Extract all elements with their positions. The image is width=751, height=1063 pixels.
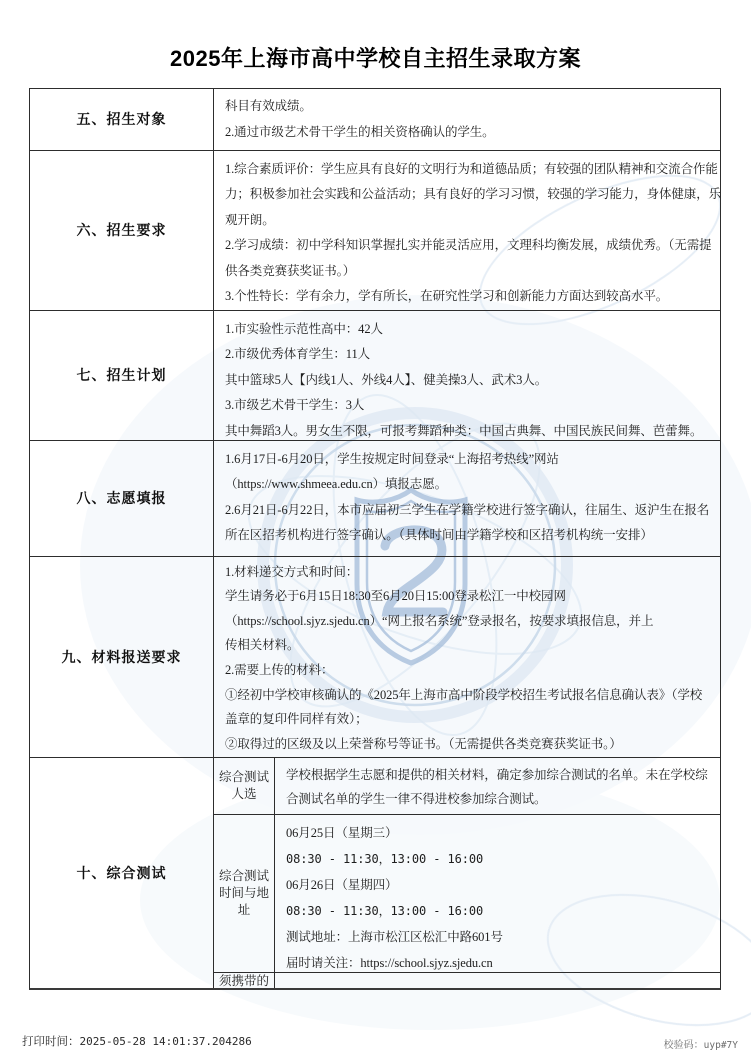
- content-line: 2.通过市级艺术骨干学生的相关资格确认的学生。: [225, 120, 720, 146]
- table-row-admission-targets: 五、招生对象 科目有效成绩。 2.通过市级艺术骨干学生的相关资格确认的学生。: [30, 89, 720, 151]
- content-line: ①经初中学校审核确认的《2025年上海市高中阶段学校招生考试报名信息确认表》（学…: [225, 683, 720, 708]
- content-line: （https://www.shmeea.edu.cn）填报志愿。: [225, 472, 720, 498]
- content-line: 力；积极参加社会实践和公益活动；具有良好的学习习惯，较强的学习能力，身体健康，乐: [225, 182, 720, 208]
- content-line: 06月26日（星期四）: [286, 872, 720, 898]
- table-row-material-submission: 九、材料报送要求 1.材料递交方式和时间： 学生请务必于6月15日18:30至6…: [30, 557, 720, 758]
- content-line: 08:30 - 11:30，13:00 - 16:00: [286, 846, 720, 872]
- content-line: 3.市级艺术骨干学生：3人: [225, 393, 720, 419]
- content-line: 1.市实验性示范性高中：42人: [225, 317, 720, 343]
- subrow-items-to-bring: 须携带的: [214, 973, 720, 988]
- content-line: 08:30 - 11:30，13:00 - 16:00: [286, 898, 720, 924]
- content-line: 学校根据学生志愿和提供的相关材料，确定参加综合测试的名单。未在学校综: [286, 763, 720, 787]
- row-content: 1.市实验性示范性高中：42人 2.市级优秀体育学生：11人 其中篮球5人【内线…: [214, 311, 720, 440]
- page-title: 2025年上海市高中学校自主招生录取方案: [0, 42, 751, 73]
- content-line: 测试地址：上海市松江区松汇中路601号: [286, 924, 720, 950]
- table-row-admission-requirements: 六、招生要求 1.综合素质评价：学生应具有良好的文明行为和道德品质；有较强的团队…: [30, 151, 720, 311]
- content-line: 盖章的复印件同样有效）；: [225, 707, 720, 732]
- content-line: 观开朗。: [225, 208, 720, 234]
- content-line: 3.个性特长：学有余力，学有所长，在研究性学习和创新能力方面达到较高水平。: [225, 284, 720, 310]
- comprehensive-test-subtable: 综合测试人选 学校根据学生志愿和提供的相关材料，确定参加综合测试的名单。未在学校…: [214, 758, 720, 988]
- content-line: 2.需要上传的材料：: [225, 658, 720, 683]
- subrow-label: 综合测试人选: [214, 758, 275, 814]
- content-line: 06月25日（星期三）: [286, 820, 720, 846]
- page-footer: 打印时间：2025-05-28 14:01:37.204286 校验码：uyp#…: [0, 1033, 751, 1053]
- row-label: 十、综合测试: [30, 758, 214, 988]
- checksum-label: 校验码：: [664, 1040, 704, 1051]
- row-label: 九、材料报送要求: [30, 557, 214, 757]
- content-line: 2.学习成绩：初中学科知识掌握扎实并能灵活应用，文理科均衡发展，成绩优秀。（无需…: [225, 233, 720, 259]
- content-line: 所在区招考机构进行签字确认。（具体时间由学籍学校和区招考机构统一安排）: [225, 523, 720, 549]
- table-row-admission-plan: 七、招生计划 1.市实验性示范性高中：42人 2.市级优秀体育学生：11人 其中…: [30, 311, 720, 441]
- print-time-label: 打印时间：: [22, 1036, 80, 1048]
- content-line: 1.材料递交方式和时间：: [225, 560, 720, 585]
- row-label: 七、招生计划: [30, 311, 214, 440]
- content-line: 合测试名单的学生一律不得进校参加综合测试。: [286, 787, 720, 811]
- content-line: 2.6月21日-6月22日，本市应届初三学生在学籍学校进行签字确认，往届生、返沪…: [225, 498, 720, 524]
- print-time-value: 2025-05-28 14:01:37.204286: [80, 1035, 252, 1048]
- content-line: 供各类竞赛获奖证书。）: [225, 259, 720, 285]
- content-line: 其中舞蹈3人。男女生不限，可报考舞蹈种类：中国古典舞、中国民族民间舞、芭蕾舞。: [225, 419, 720, 440]
- content-line: 1.综合素质评价：学生应具有良好的文明行为和道德品质；有较强的团队精神和交流合作…: [225, 157, 720, 183]
- subrow-content: [275, 973, 720, 988]
- row-content: 1.6月17日-6月20日，学生按规定时间登录“上海招考热线”网站 （https…: [214, 441, 720, 556]
- row-label: 八、志愿填报: [30, 441, 214, 556]
- checksum-value: uyp#7Y: [704, 1040, 738, 1051]
- content-line: 1.6月17日-6月20日，学生按规定时间登录“上海招考热线”网站: [225, 447, 720, 473]
- subrow-label: 须携带的: [214, 973, 275, 988]
- content-line: 传相关材料。: [225, 633, 720, 658]
- subrow-test-candidates: 综合测试人选 学校根据学生志愿和提供的相关材料，确定参加综合测试的名单。未在学校…: [214, 758, 720, 815]
- subrow-content: 学校根据学生志愿和提供的相关材料，确定参加综合测试的名单。未在学校综 合测试名单…: [275, 758, 720, 814]
- content-line: 2.市级优秀体育学生：11人: [225, 342, 720, 368]
- table-row-comprehensive-test: 十、综合测试 综合测试人选 学校根据学生志愿和提供的相关材料，确定参加综合测试的…: [30, 758, 720, 988]
- content-line: 学生请务必于6月15日18:30至6月20日15:00登录松江一中校园网: [225, 584, 720, 609]
- print-time: 打印时间：2025-05-28 14:01:37.204286: [22, 1033, 252, 1049]
- row-content: 1.综合素质评价：学生应具有良好的文明行为和道德品质；有较强的团队精神和交流合作…: [214, 151, 720, 310]
- content-line: 届时请关注：https://school.sjyz.sjedu.cn: [286, 950, 720, 972]
- content-line: ②取得过的区级及以上荣誉称号等证书。（无需提供各类竞赛获奖证书。）: [225, 732, 720, 757]
- row-label: 六、招生要求: [30, 151, 214, 310]
- row-content: 1.材料递交方式和时间： 学生请务必于6月15日18:30至6月20日15:00…: [214, 557, 720, 757]
- checksum: 校验码：uyp#7Y: [664, 1036, 738, 1051]
- subrow-label: 综合测试时间与地址: [214, 815, 275, 972]
- subrow-test-time-address: 综合测试时间与地址 06月25日（星期三） 08:30 - 11:30，13:0…: [214, 815, 720, 973]
- table-row-application-filing: 八、志愿填报 1.6月17日-6月20日，学生按规定时间登录“上海招考热线”网站…: [30, 441, 720, 557]
- content-line: （https://school.sjyz.sjedu.cn）“网上报名系统”登录…: [225, 609, 720, 634]
- row-content: 科目有效成绩。 2.通过市级艺术骨干学生的相关资格确认的学生。: [214, 89, 720, 150]
- row-label: 五、招生对象: [30, 89, 214, 150]
- document-page: 2025年上海市高中学校自主招生录取方案 五、招生对象 科目有效成绩。 2.通过…: [0, 0, 751, 1063]
- content-line: 科目有效成绩。: [225, 94, 720, 120]
- content-line: 其中篮球5人【内线1人、外线4人】、健美操3人、武术3人。: [225, 368, 720, 394]
- admission-plan-table: 五、招生对象 科目有效成绩。 2.通过市级艺术骨干学生的相关资格确认的学生。 六…: [29, 88, 721, 990]
- subrow-content: 06月25日（星期三） 08:30 - 11:30，13:00 - 16:00 …: [275, 815, 720, 972]
